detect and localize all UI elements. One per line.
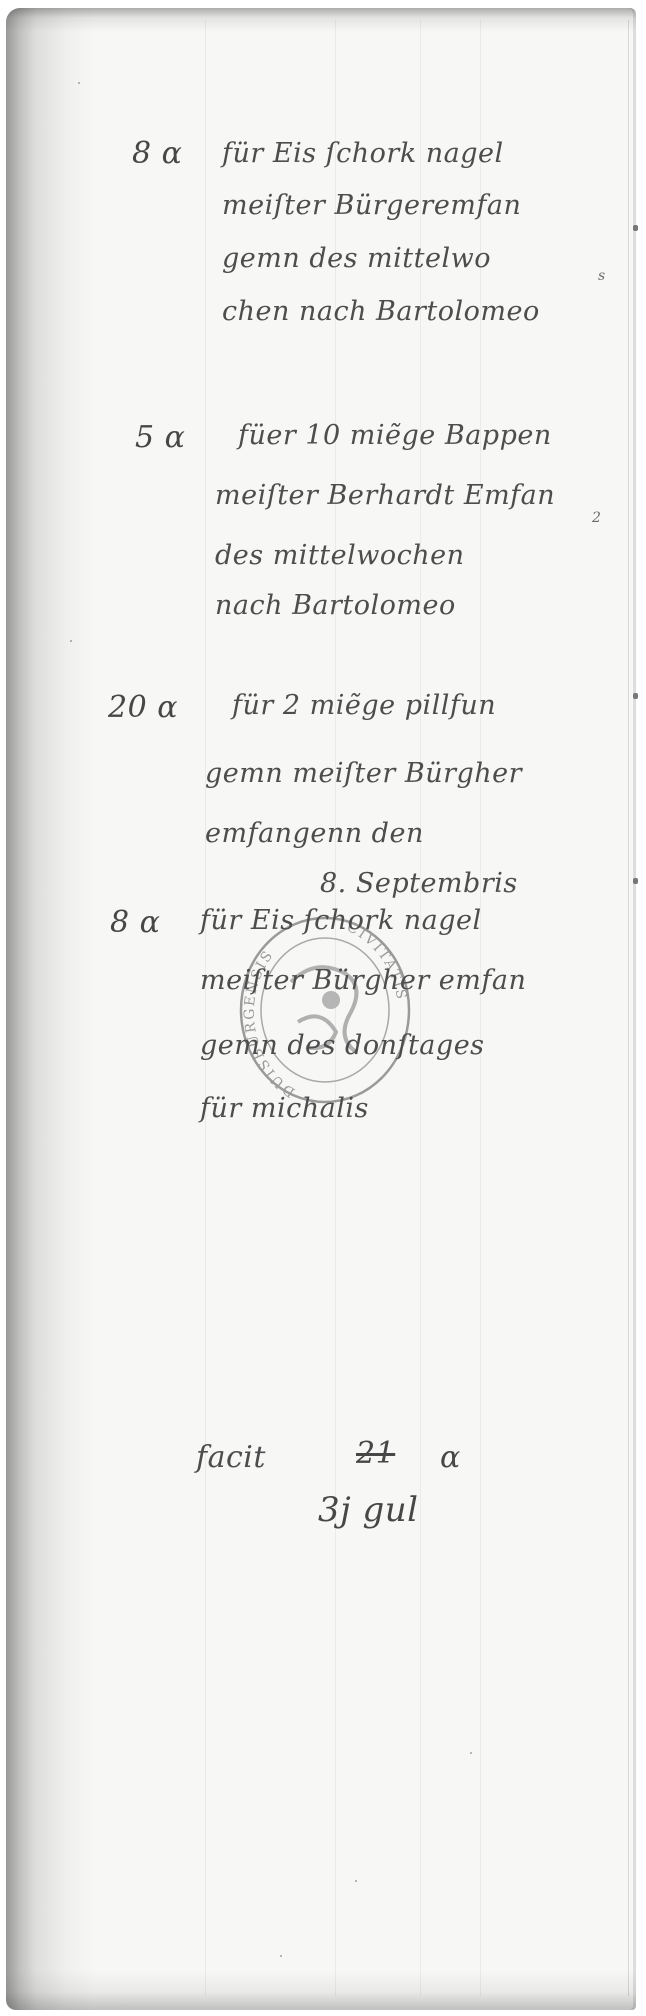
total-struck-amount: 21	[356, 1436, 395, 1471]
entry-line: für Eis ſchork nagel	[200, 905, 482, 936]
paper-speck	[280, 1955, 282, 1957]
entry-line: für michalis	[200, 1093, 369, 1124]
entry-line: für Eis ſchork nagel	[222, 138, 504, 169]
entry-amount: 8 α	[110, 905, 160, 940]
edge-mark	[633, 693, 638, 699]
entry-line: für 2 miẽge pillfun	[232, 690, 496, 721]
paper-right-fold	[628, 20, 629, 1996]
entry-line: meiſter Berhardt Emfan	[215, 480, 555, 511]
entry-line: gemn des mittelwo	[222, 243, 491, 274]
margin-note: s	[598, 268, 605, 284]
archive-stamp: DUISBURGENSIS CIVITATIS	[236, 912, 414, 1108]
paper-speck	[470, 1752, 472, 1754]
entry-line: meiſter Bürgeremfan	[222, 190, 521, 221]
entry-line: emfangenn den	[205, 818, 424, 849]
entry-line: gemn des donſtages	[200, 1030, 485, 1061]
total-struck-unit: α	[440, 1440, 461, 1475]
edge-mark	[633, 225, 638, 231]
entry-line: füer 10 miẽge Bappen	[238, 420, 552, 451]
city-seal-icon: DUISBURGENSIS CIVITATIS	[236, 912, 414, 1108]
entry-line: chen nach Bartolomeo	[222, 296, 540, 327]
margin-note: 2	[592, 510, 601, 526]
entry-line: nach Bartolomeo	[215, 590, 456, 621]
scan-page: 8 α für Eis ſchork nagel meiſter Bürgere…	[0, 0, 646, 2016]
edge-mark	[633, 878, 638, 884]
paper-speck	[355, 1880, 357, 1882]
entry-amount: 20 α	[108, 690, 178, 725]
total-amount: 3j gul	[318, 1490, 419, 1530]
entry-line: meiſter Bürgher emfan	[200, 965, 526, 996]
paper-speck	[70, 640, 72, 642]
entry-line: 8. Septembris	[320, 868, 518, 899]
entry-line: gemn meiſter Bürgher	[205, 758, 522, 789]
entry-amount: 8 α	[132, 136, 182, 171]
entry-line: des mittelwochen	[215, 540, 465, 571]
paper-speck	[78, 82, 80, 84]
entry-amount: 5 α	[135, 420, 185, 455]
total-label: facit	[196, 1440, 266, 1475]
paper-chain-line	[205, 20, 206, 1996]
